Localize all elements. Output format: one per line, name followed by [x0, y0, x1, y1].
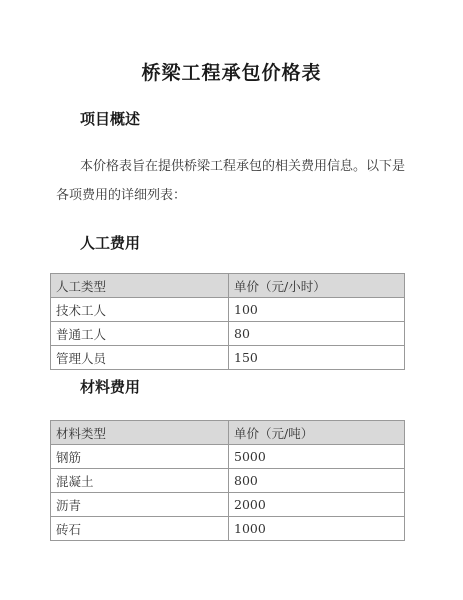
unit-price-cell: 100: [229, 298, 405, 322]
unit-price-cell: 150: [229, 346, 405, 370]
materials-cost-table: 材料类型 单价（元/吨） 钢筋 5000 混凝土 800 沥青 2000 砖石 …: [50, 420, 405, 541]
unit-price-cell: 1000: [229, 517, 405, 541]
labor-heading: 人工费用: [80, 232, 140, 253]
table-row: 混凝土 800: [51, 469, 405, 493]
table-row: 普通工人 80: [51, 322, 405, 346]
table-header-row: 人工类型 单价（元/小时）: [51, 274, 405, 298]
unit-price-cell: 80: [229, 322, 405, 346]
unit-price-cell: 800: [229, 469, 405, 493]
material-type-cell: 混凝土: [51, 469, 229, 493]
unit-price-cell: 5000: [229, 445, 405, 469]
table-row: 技术工人 100: [51, 298, 405, 322]
document-title: 桥梁工程承包价格表: [0, 58, 463, 85]
materials-heading: 材料费用: [80, 376, 140, 397]
table-row: 钢筋 5000: [51, 445, 405, 469]
material-type-cell: 沥青: [51, 493, 229, 517]
labor-type-cell: 管理人员: [51, 346, 229, 370]
overview-heading: 项目概述: [80, 108, 140, 129]
overview-paragraph: 本价格表旨在提供桥梁工程承包的相关费用信息。以下是各项费用的详细列表：: [56, 152, 416, 210]
labor-type-cell: 普通工人: [51, 322, 229, 346]
table-row: 沥青 2000: [51, 493, 405, 517]
column-header: 人工类型: [51, 274, 229, 298]
column-header: 单价（元/吨）: [229, 421, 405, 445]
table-row: 砖石 1000: [51, 517, 405, 541]
labor-type-cell: 技术工人: [51, 298, 229, 322]
labor-cost-table: 人工类型 单价（元/小时） 技术工人 100 普通工人 80 管理人员 150: [50, 273, 405, 370]
material-type-cell: 钢筋: [51, 445, 229, 469]
material-type-cell: 砖石: [51, 517, 229, 541]
table-header-row: 材料类型 单价（元/吨）: [51, 421, 405, 445]
table-row: 管理人员 150: [51, 346, 405, 370]
column-header: 单价（元/小时）: [229, 274, 405, 298]
unit-price-cell: 2000: [229, 493, 405, 517]
column-header: 材料类型: [51, 421, 229, 445]
